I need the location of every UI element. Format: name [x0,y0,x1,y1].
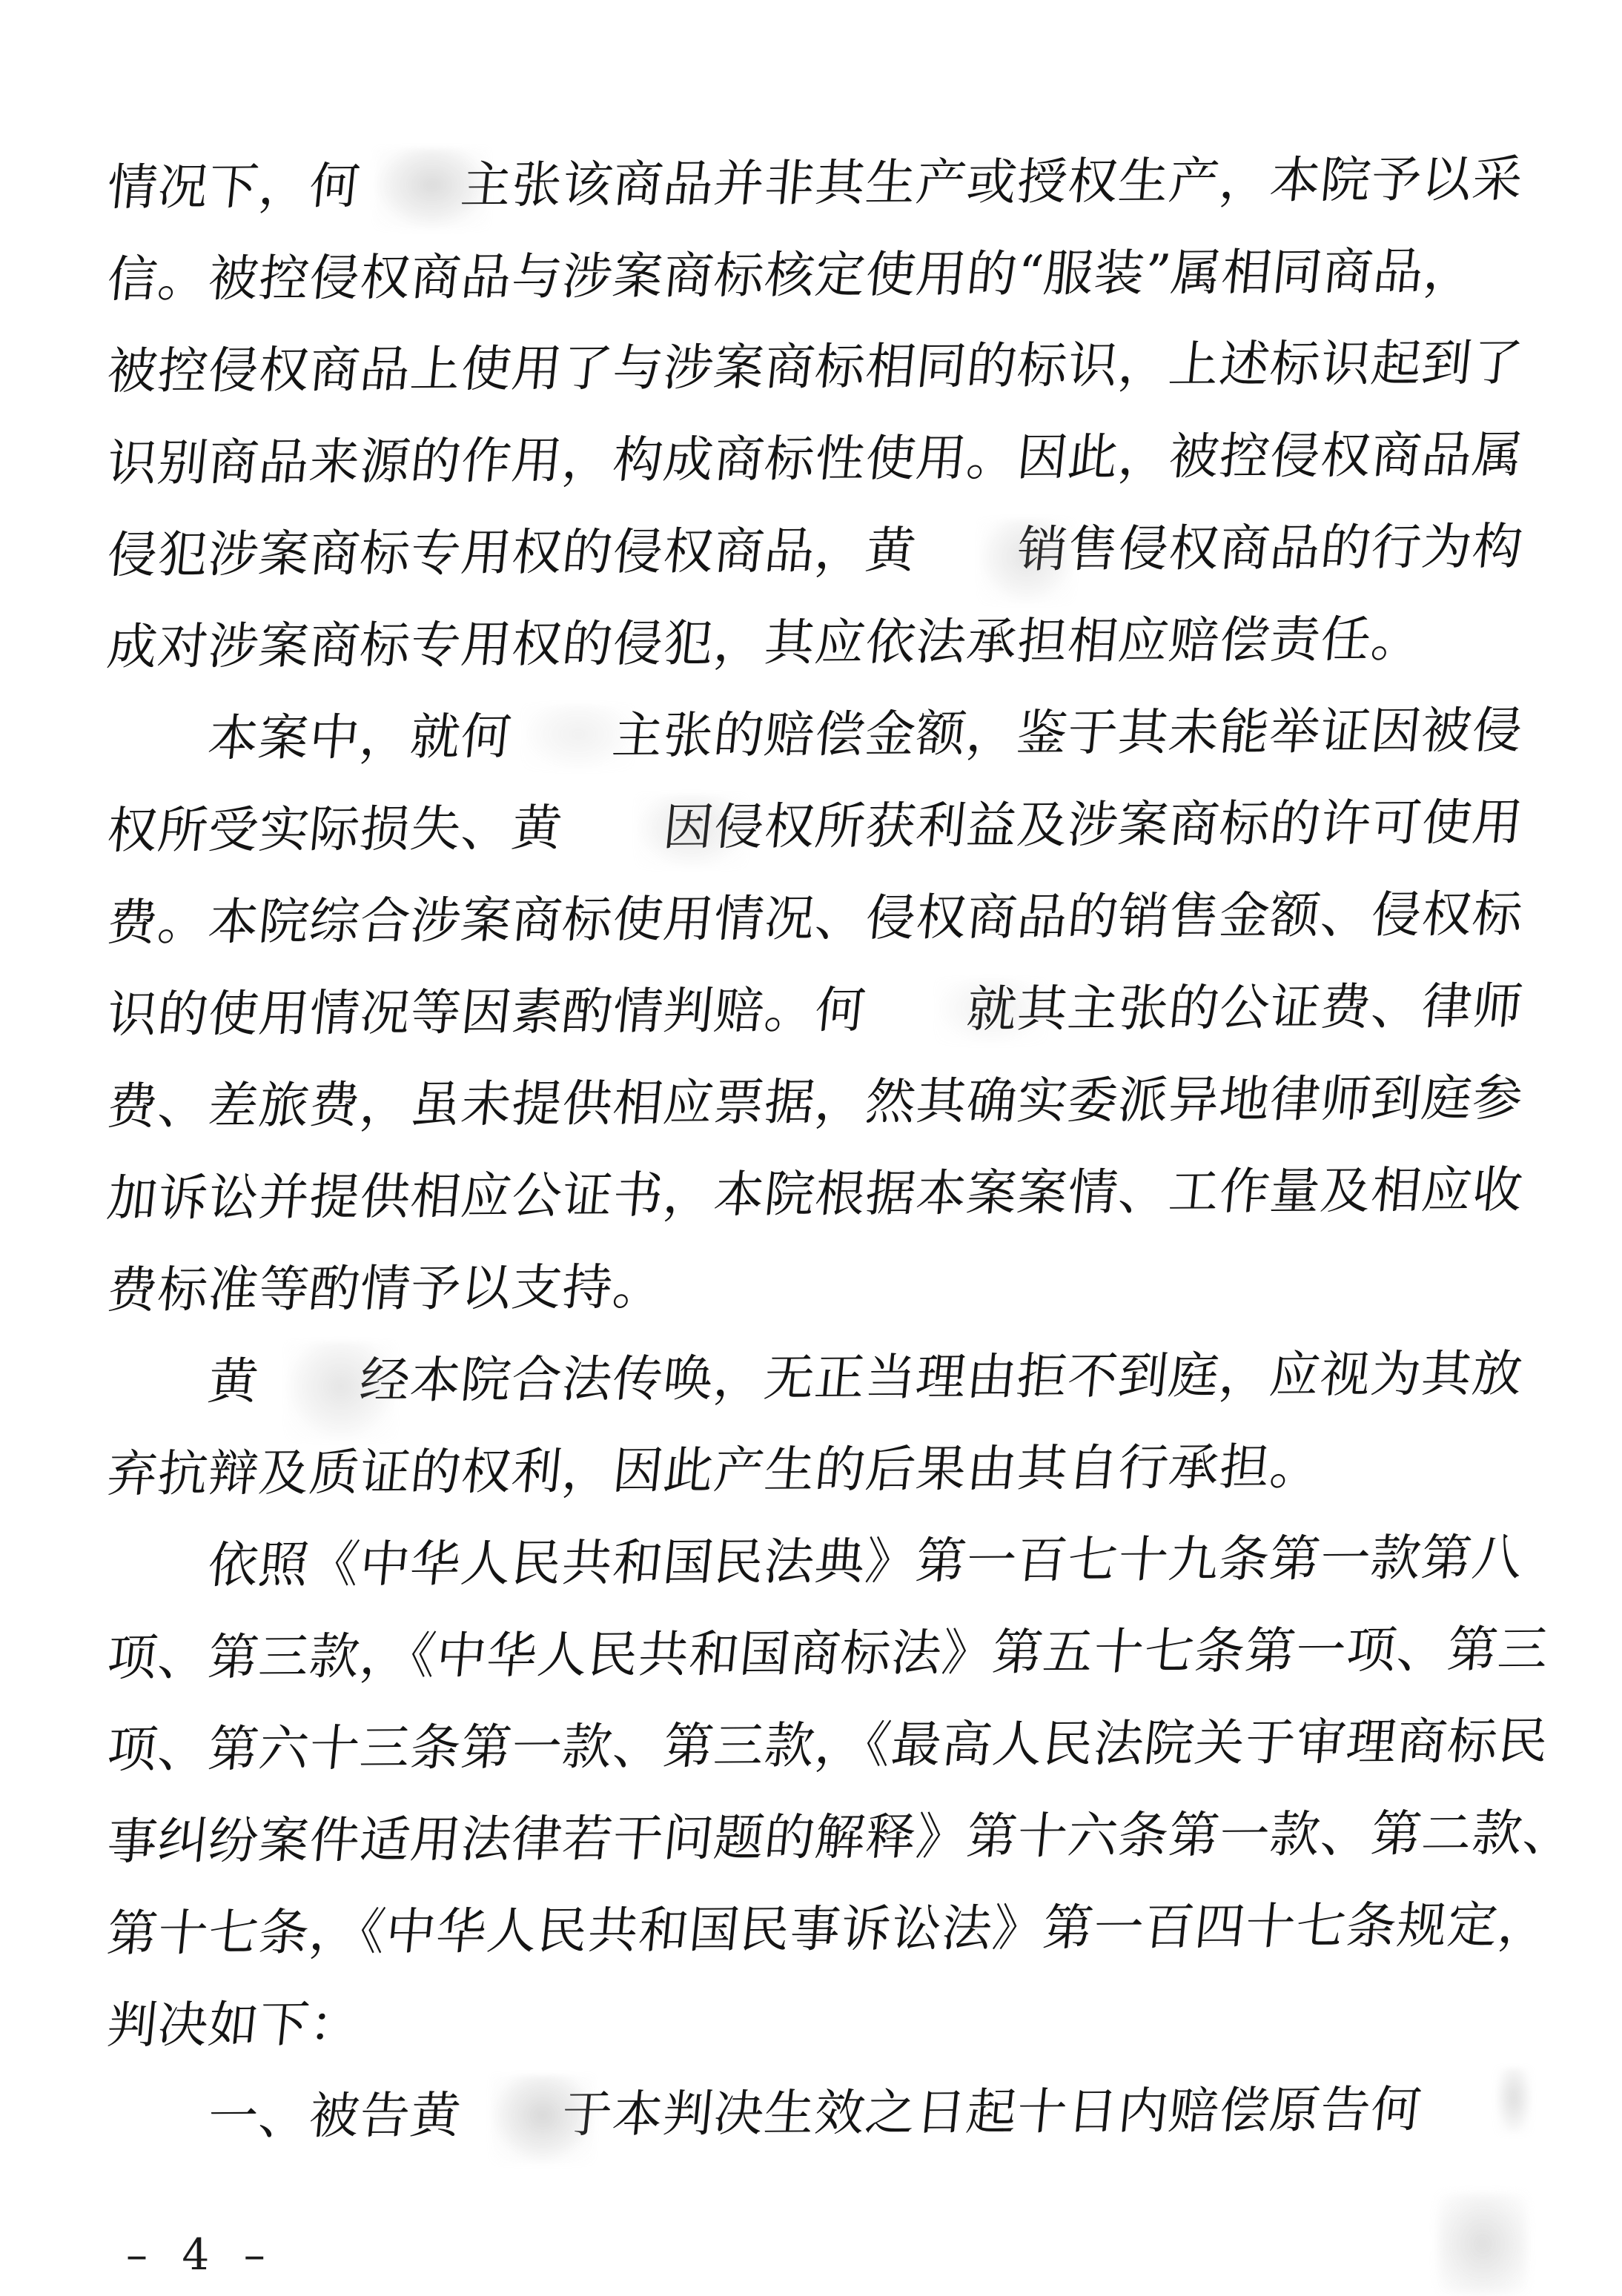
text-line: 权所受实际损失、黄 因侵权所获利益及涉案商标的许可使用 [103,776,1524,877]
text-line: 事纠纷案件适用法律若干问题的解释》第十六条第一款、第二款、 [103,1787,1524,1888]
text-line: 费。本院综合涉案商标使用情况、侵权商品的销售金额、侵权标 [103,868,1524,969]
judgment-body: 情况下，何 主张该商品并非其生产或授权生产，本院予以采信。被控侵权商品与涉案商标… [107,137,1520,2159]
text-line: 费标准等酌情予以支持。 [103,1235,1524,1336]
text-line: 识别商品来源的作用，构成商标性使用。因此，被控侵权商品属 [103,408,1524,509]
text-line: 费、差旅费，虽未提供相应票据，然其确实委派异地律师到庭参 [103,1052,1524,1152]
text-line: 第十七条，《中华人民共和国民事诉讼法》第一百四十七条规定， [103,1879,1524,1980]
text-line: 成对涉案商标专用权的侵犯，其应依法承担相应赔偿责任。 [103,592,1524,693]
text-line: 项、第六十三条第一款、第三款，《最高人民法院关于审理商标民 [103,1695,1524,1796]
page-number: – 4 – [126,2229,276,2280]
redaction-smudge [1438,2194,1527,2294]
text-line: 本案中，就何 主张的赔偿金额，鉴于其未能举证因被侵 [103,684,1524,785]
document-page: 情况下，何 主张该商品并非其生产或授权生产，本院予以采信。被控侵权商品与涉案商标… [0,0,1622,2296]
text-line: 识的使用情况等因素酌情判赔。何 就其主张的公证费、律师 [103,960,1524,1061]
text-line: 黄 经本院合法传唤，无正当理由拒不到庭，应视为其放 [103,1327,1524,1428]
text-line: 侵犯涉案商标专用权的侵权商品，黄 销售侵权商品的行为构 [103,500,1524,601]
text-line: 情况下，何 主张该商品并非其生产或授权生产，本院予以采 [103,133,1524,233]
text-line: 一、被告黄 于本判决生效之日起十日内赔偿原告何 [103,2063,1524,2163]
text-line: 信。被控侵权商品与涉案商标核定使用的“服装”属相同商品， [103,225,1524,325]
text-line: 依照《中华人民共和国民法典》第一百七十九条第一款第八 [103,1511,1524,1612]
text-line: 判决如下： [103,1971,1524,2071]
text-line: 项、第三款，《中华人民共和国商标法》第五十七条第一项、第三 [103,1603,1524,1704]
text-line: 被控侵权商品上使用了与涉案商标相同的标识，上述标识起到了 [103,316,1524,417]
text-line: 弃抗辩及质证的权利，因此产生的后果由其自行承担。 [103,1419,1524,1520]
text-line: 加诉讼并提供相应公证书，本院根据本案案情、工作量及相应收 [103,1144,1524,1244]
